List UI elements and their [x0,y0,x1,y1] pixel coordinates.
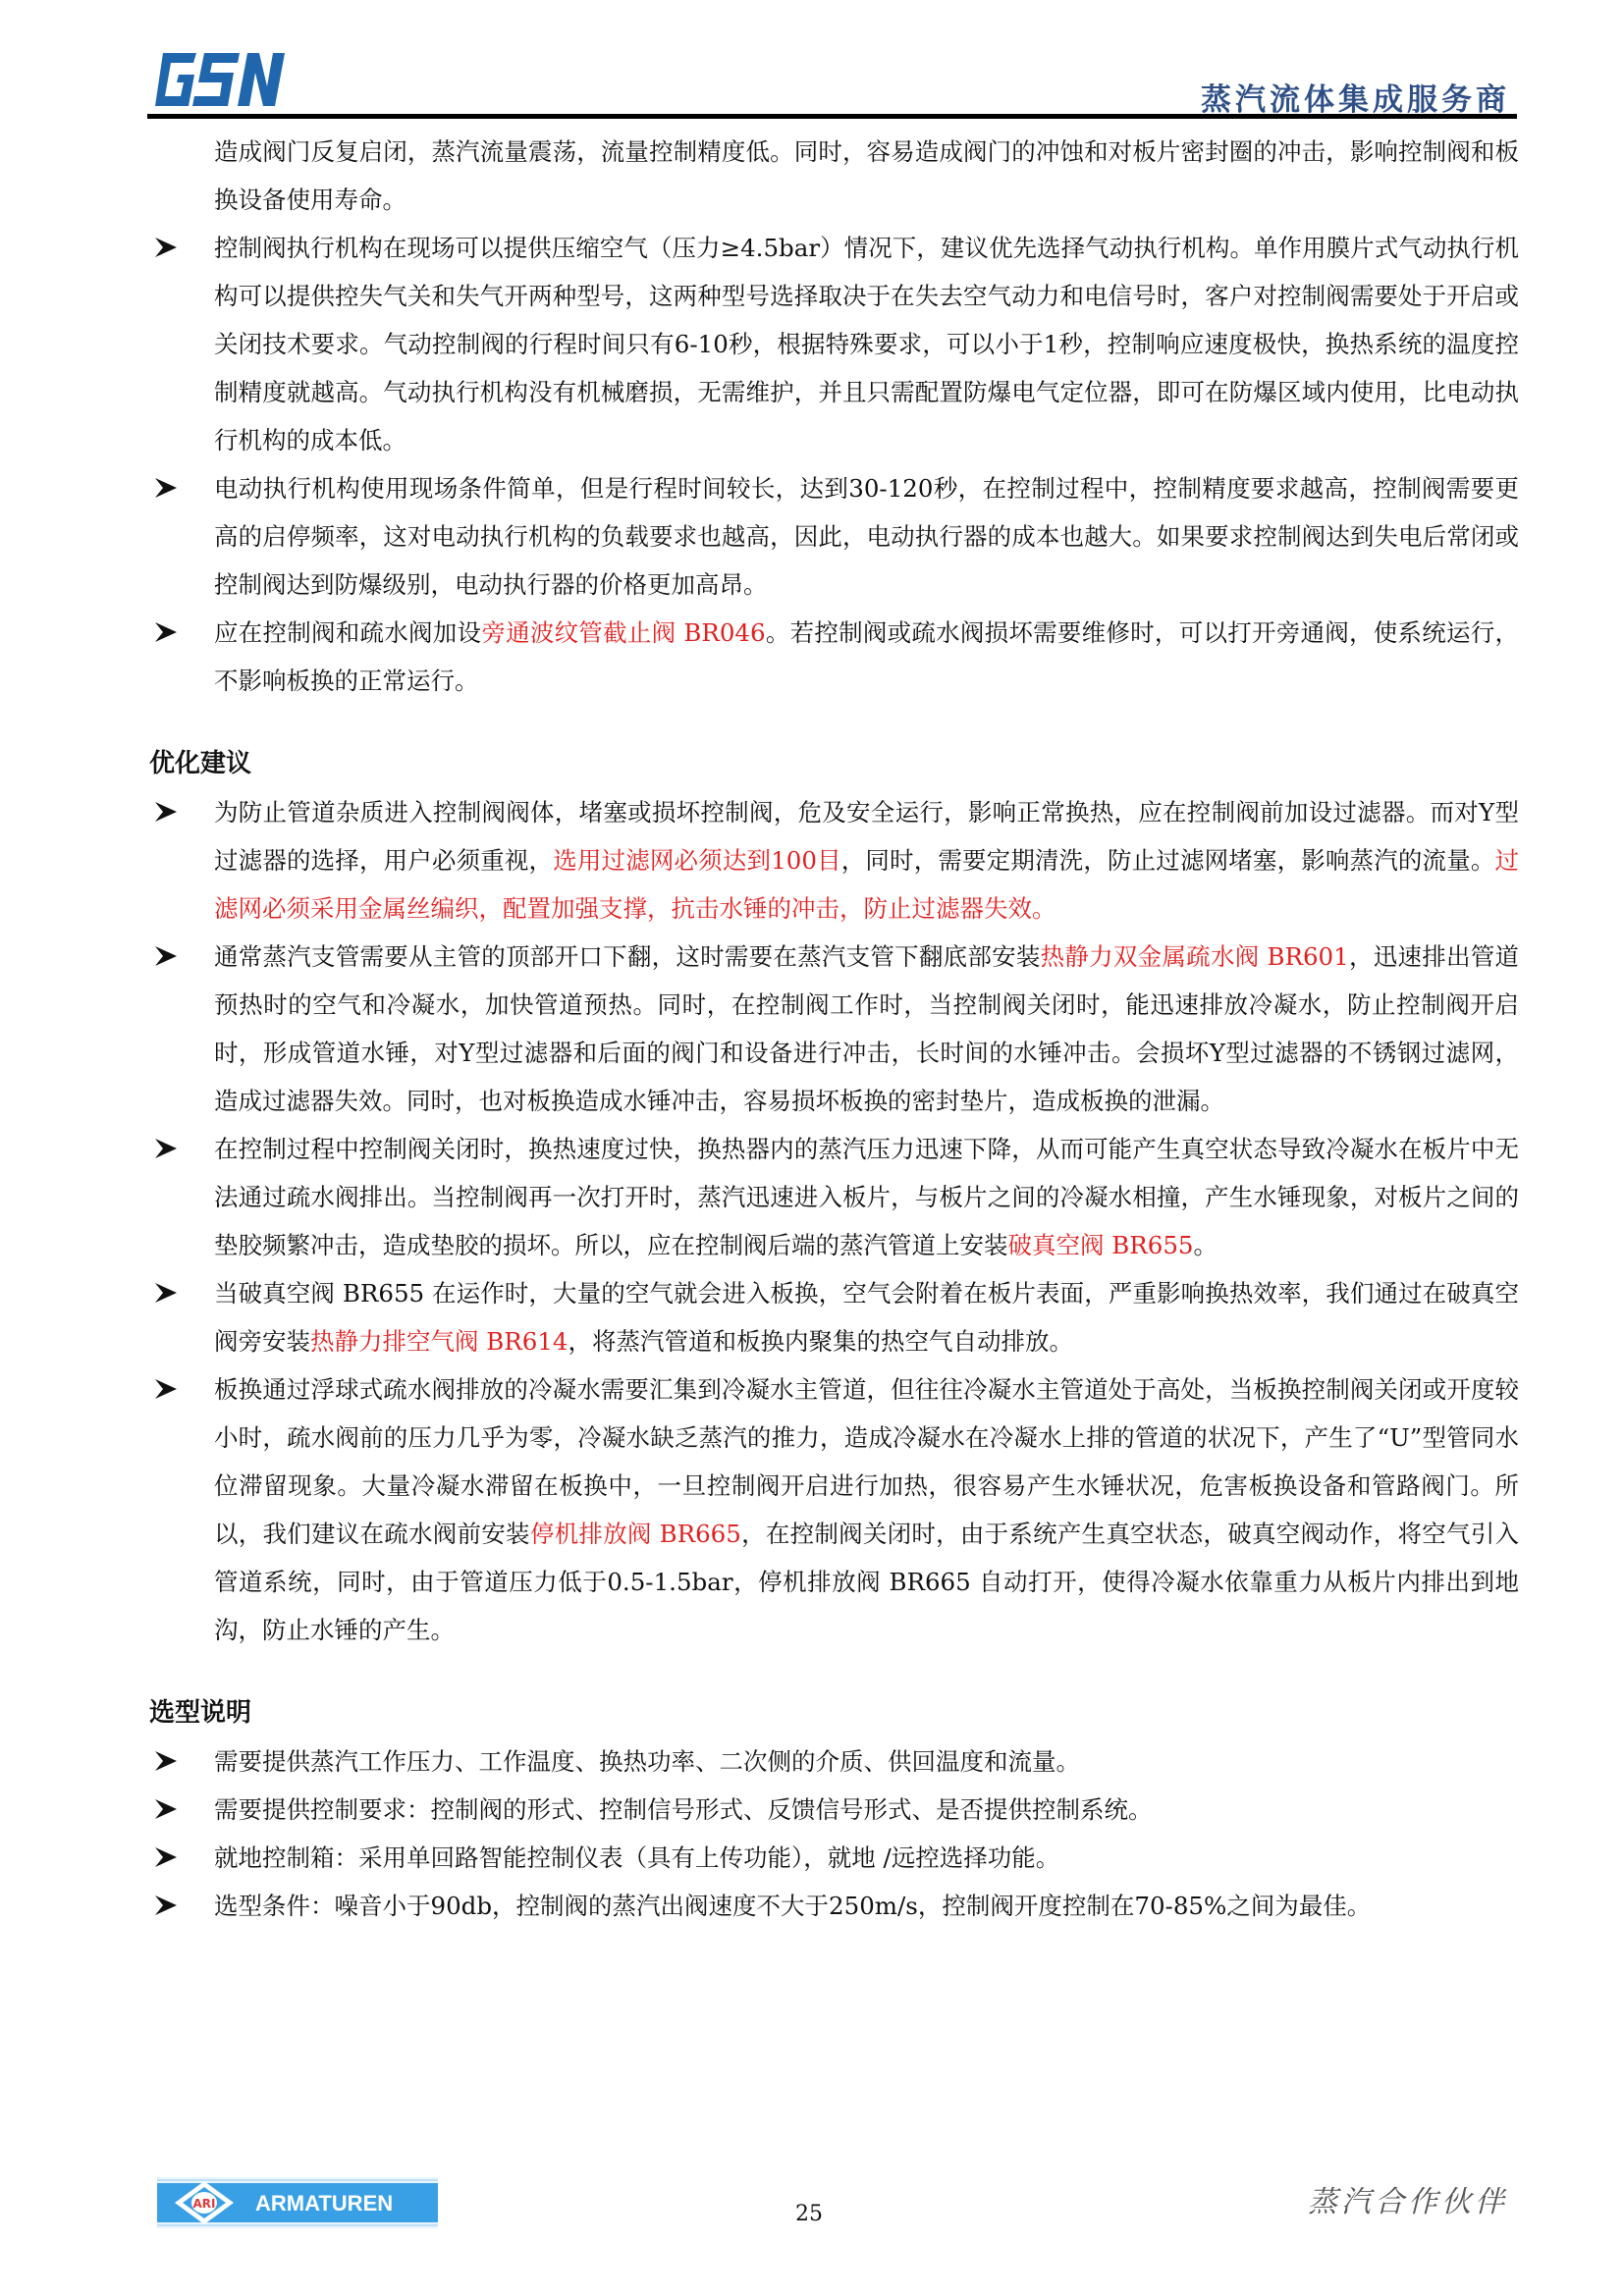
list-item: 为防止管道杂质进入控制阀阀体，堵塞或损坏控制阀，危及安全运行，影响正常换热，应在… [149,788,1519,933]
product-link-br655: 破真空阀 BR655 [1008,1231,1194,1259]
arrow-bullet-icon [155,622,177,642]
product-link-br046: 旁通波纹管截止阀 BR046 [481,618,765,647]
svg-text:ARI: ARI [193,2197,216,2211]
arrow-bullet-icon [155,802,177,822]
product-link-br614: 热静力排空气阀 BR614 [310,1327,568,1356]
ari-armaturen-logo: ARI ARMATUREN [157,2177,438,2228]
list-item: 通常蒸汽支管需要从主管的顶部开口下翻，这时需要在蒸汽支管下翻底部安装热静力双金属… [149,933,1519,1125]
arrow-bullet-icon [155,1283,177,1303]
list-item: 就地控制箱：采用单回路智能控制仪表（具有上传功能），就地 /远控选择功能。 [149,1834,1519,1882]
document-page: 蒸汽流体集成服务商 造成阀门反复启闭，蒸汽流量震荡，流量控制精度低。同时，容易造… [0,0,1624,2296]
header-divider [147,114,1517,119]
arrow-bullet-icon [155,1799,177,1819]
list-item: 当破真空阀 BR655 在运作时，大量的空气就会进入板换，空气会附着在板片表面，… [149,1269,1519,1365]
highlight-text: 选用过滤网必须达到100目 [553,846,841,875]
arrow-bullet-icon [155,946,177,966]
footer-slogan: 蒸汽合作伙伴 [1308,2177,1508,2220]
document-body: 造成阀门反复启闭，蒸汽流量震荡，流量控制精度低。同时，容易造成阀门的冲蚀和对板片… [149,128,1519,1930]
product-link-br665: 停机排放阀 BR665 [530,1520,741,1548]
arrow-bullet-icon [155,478,177,498]
list-item: 需要提供蒸汽工作压力、工作温度、换热功率、二次侧的介质、供回温度和流量。 [149,1737,1519,1786]
list-item: 应在控制阀和疏水阀加设旁通波纹管截止阀 BR046。若控制阀或疏水阀损坏需要维修… [149,609,1519,705]
gsn-logo [153,53,291,106]
page-number: 25 [795,2202,823,2226]
arrow-bullet-icon [155,1751,177,1771]
company-tagline: 蒸汽流体集成服务商 [1201,75,1510,119]
arrow-bullet-icon [155,1379,177,1399]
arrow-bullet-icon [155,1896,177,1915]
list-item: 在控制过程中控制阀关闭时，换热速度过快，换热器内的蒸汽压力迅速下降，从而可能产生… [149,1125,1519,1269]
list-item: 需要提供控制要求：控制阀的形式、控制信号形式、反馈信号形式、是否提供控制系统。 [149,1786,1519,1834]
section-title-selection: 选型说明 [149,1689,1519,1737]
arrow-bullet-icon [155,238,177,257]
arrow-bullet-icon [155,1139,177,1158]
page-header: 蒸汽流体集成服务商 [149,47,1516,116]
section-title-optimization: 优化建议 [149,740,1519,788]
intro-continuation-paragraph: 造成阀门反复启闭，蒸汽流量震荡，流量控制精度低。同时，容易造成阀门的冲蚀和对板片… [149,128,1519,224]
product-link-br601: 热静力双金属疏水阀 BR601 [1041,942,1349,971]
list-item: 选型条件：噪音小于90db，控制阀的蒸汽出阀速度不大于250m/s，控制阀开度控… [149,1882,1519,1930]
list-item: 板换通过浮球式疏水阀排放的冷凝水需要汇集到冷凝水主管道，但往往冷凝水主管道处于高… [149,1365,1519,1654]
armaturen-text: ARMATUREN [255,2191,393,2216]
list-item: 控制阀执行机构在现场可以提供压缩空气（压力≥4.5bar）情况下，建议优先选择气… [149,224,1519,464]
arrow-bullet-icon [155,1847,177,1867]
list-item: 电动执行机构使用现场条件简单，但是行程时间较长，达到30-120秒，在控制过程中… [149,464,1519,609]
